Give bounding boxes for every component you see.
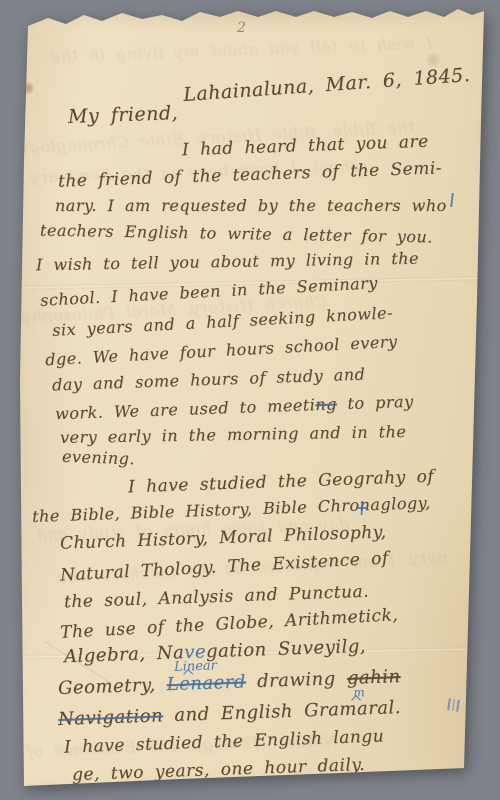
body-line: I wish to tell you about my living in th… [36,249,419,275]
blue-pencil-cross [356,501,368,515]
body-line: very early in the morning and in the [60,422,407,447]
meeting-pre: work. We are used to meeti [55,395,316,423]
body-line: nary. I am requested by the teachers who [55,196,447,215]
struck-word-navigation: Navigation [58,705,164,730]
body-line: teachers English to write a letter for y… [40,221,433,247]
inserted-word-linear: Linear [174,658,217,674]
meeting-post: to pray [337,392,414,414]
struck-word-lenaerd: Lenaerd [166,671,246,695]
geometry-pre: Geometry, [58,674,167,699]
dateline: Lahainaluna, Mar. 6, 1845. [183,64,471,106]
body-line: evening. [62,447,136,469]
bleedthrough-line: I wish to tell you about my living in th… [50,33,433,65]
blue-pencil-tick [450,193,454,207]
grammar-tail: aral. [357,697,402,720]
body-line-grammar: Navigation and English Grammaral. [58,697,402,730]
geometry-correction: LinearLenaerd [166,671,246,695]
body-line-meeting: work. We are used to meeting to pray [55,392,414,424]
letter-page: I wish to tell you about my living in th… [0,0,500,800]
body-line: day and some hours of study and [52,365,366,395]
algebra-pre: Algebra, Na [64,642,185,667]
meeting-struck-letters: ng [315,394,337,414]
body-line: the soul, Analysis and Punctua. [64,582,370,613]
body-line: I have studied the Geograhy of [128,467,435,498]
body-line-geometry: Geometry, LinearLenaerd drawing gahin [58,666,401,699]
body-line: Natural Thology. The Existence of [60,548,389,585]
paper-shadow-wrap: I wish to tell you about my living in th… [0,0,500,800]
algebra-post: gation Suveyilg, [206,636,367,663]
grammar-correction: maral. [357,697,402,720]
body-line: ge, two years, one hour daily. [72,755,366,785]
photo-background: I wish to tell you about my living in th… [0,0,500,800]
geometry-mid: drawing [245,668,347,693]
salutation: My friend, [68,102,179,128]
grammar-mid: and English Gram [163,699,358,727]
blue-pencil-ticks [447,698,459,711]
page-number: 2 [237,20,246,36]
